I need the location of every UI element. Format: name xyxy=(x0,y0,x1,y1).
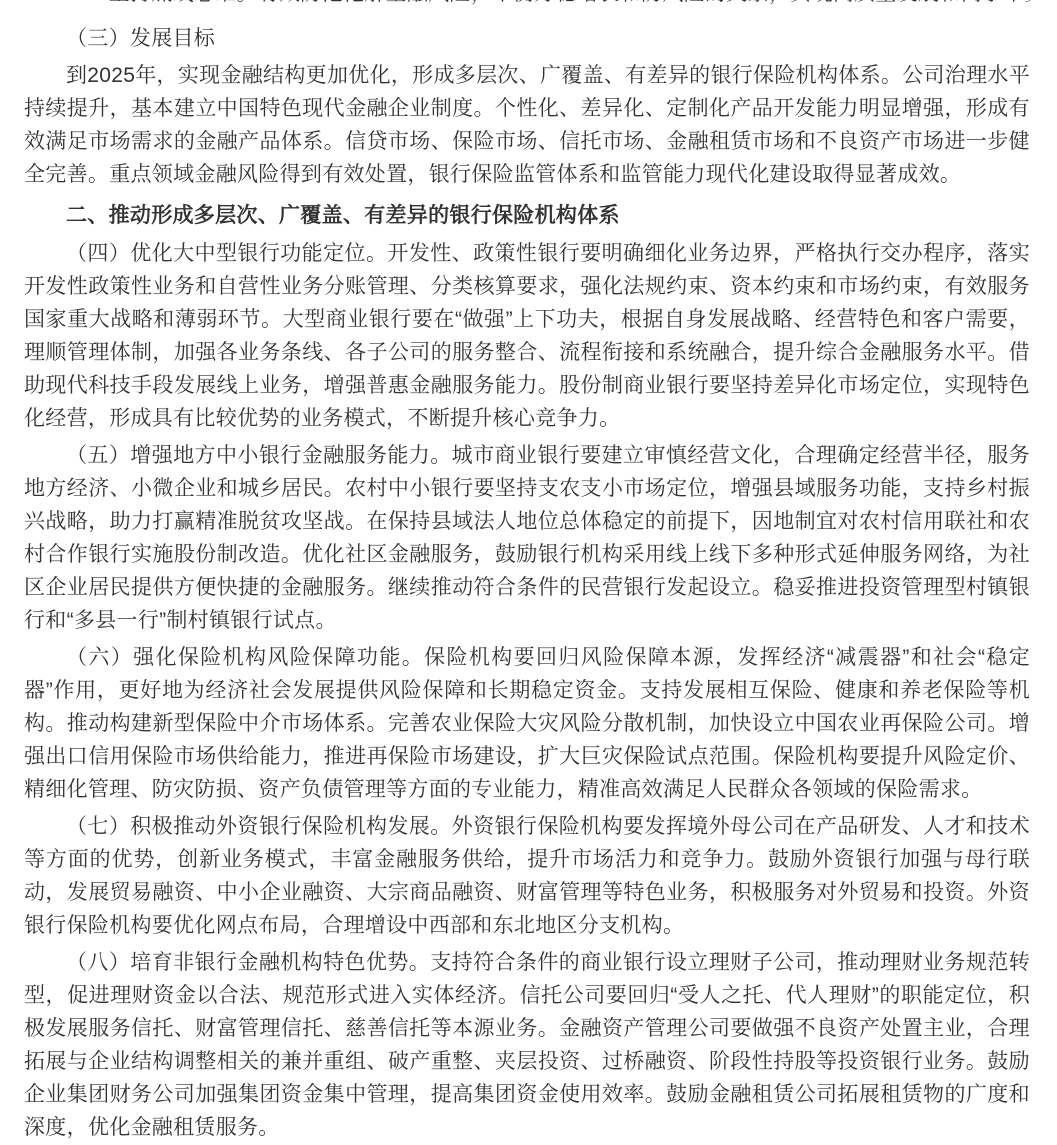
clipped-top-line-text: ——坚持底线思维。有效防范化解金融风险，平衡好稳增长和防风险的关系，实现高质量发… xyxy=(24,0,1030,10)
section-heading-chapter-2: 二、推动形成多层次、广覆盖、有差异的银行保险机构体系 xyxy=(24,199,1030,232)
paragraph-item-4-large-medium-banks: （四）优化大中型银行功能定位。开发性、政策性银行要明确细化业务边界，严格执行交办… xyxy=(24,237,1030,435)
clipped-top-line: ——坚持底线思维。有效防范化解金融风险，平衡好稳增长和防风险的关系，实现高质量发… xyxy=(24,0,1030,10)
paragraph-item-8-nonbank-financial-institutions: （八）培育非银行金融机构特色优势。支持符合条件的商业银行设立理财子公司，推动理财… xyxy=(24,946,1030,1144)
paragraph-2025-goals: 到2025年，实现金融结构更加优化，形成多层次、广覆盖、有差异的银行保险机构体系… xyxy=(24,59,1030,191)
paragraph-item-6-insurance-institutions: （六）强化保险机构风险保障功能。保险机构要回归风险保障本源，发挥经济“减震器”和… xyxy=(24,641,1030,806)
paragraph-item-5-local-small-banks: （五）增强地方中小银行金融服务能力。城市商业银行要建立审慎经营文化，合理确定经营… xyxy=(24,439,1030,637)
subheading-development-goals: （三）发展目标 xyxy=(24,22,1030,55)
paragraph-item-7-foreign-banks-insurance: （七）积极推动外资银行保险机构发展。外资银行保险机构要发挥境外母公司在产品研发、… xyxy=(24,810,1030,942)
document-page: ——坚持底线思维。有效防范化解金融风险，平衡好稳增长和防风险的关系，实现高质量发… xyxy=(0,0,1057,1145)
